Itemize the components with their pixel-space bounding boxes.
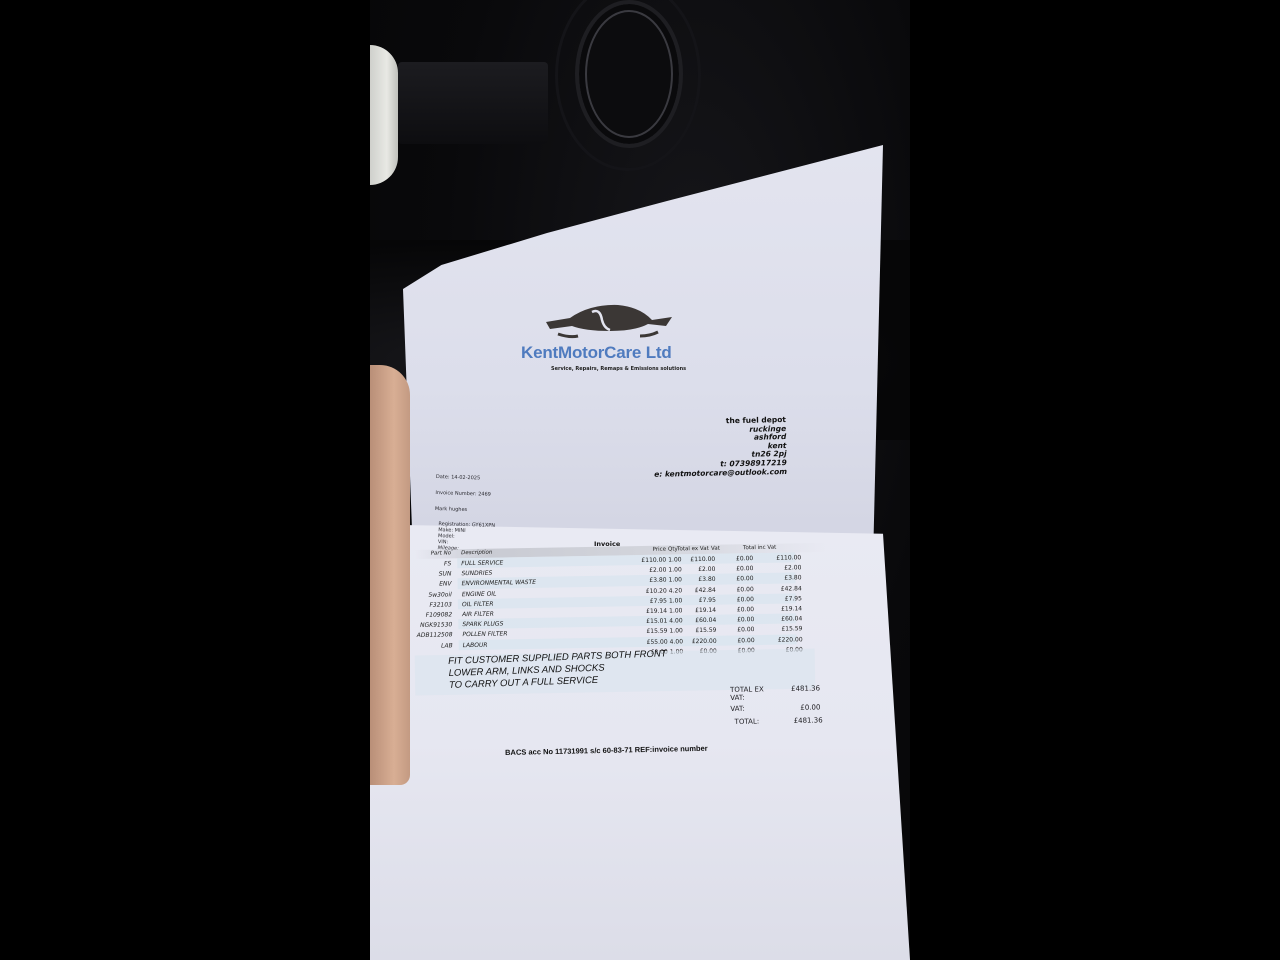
cell-price: £10.20	[639, 587, 667, 594]
cell-qty: 1.00	[668, 567, 681, 574]
cell-price: £2.00	[638, 567, 666, 574]
cell-qty: 1.00	[669, 597, 682, 604]
cell-vat: £0.00	[732, 596, 754, 603]
col-price: Price	[638, 547, 666, 553]
cell-total-inc-vat: £19.14	[772, 605, 802, 613]
air-vent	[575, 0, 683, 148]
cell-qty: 1.00	[669, 628, 682, 635]
cell-price: £110.00	[638, 557, 666, 564]
col-part-no: Part No	[415, 550, 451, 557]
cell-description: LABOUR	[463, 641, 488, 648]
grand-total-row: TOTAL: £481.36	[731, 716, 821, 731]
cell-qty: 1.00	[669, 607, 682, 614]
total-ex-vat-row: TOTAL EX VAT: £481.36	[730, 684, 820, 705]
cell-total-ex-vat: £7.95	[688, 597, 716, 604]
cell-price: £15.01	[639, 618, 667, 625]
invoice-meta: Date: 14-02-2025 Invoice Number: 2469 Ma…	[434, 474, 497, 553]
cell-total-ex-vat: £110.00	[687, 556, 715, 563]
cell-part-no: FS	[415, 560, 451, 568]
cell-description: OIL FILTER	[462, 600, 494, 608]
cell-price: £7.95	[639, 597, 667, 604]
cell-part-no: ENV	[416, 581, 452, 589]
cell-qty: 4.20	[669, 587, 682, 594]
vat-label: VAT:	[730, 705, 745, 713]
cell-total-inc-vat: £3.80	[771, 575, 801, 583]
cell-total-ex-vat: £220.00	[689, 637, 717, 644]
cell-vat: £0.00	[732, 616, 754, 623]
cell-part-no: F109082	[416, 611, 452, 619]
invoice-totals: TOTAL EX VAT: £481.36 VAT: £0.00 TOTAL: …	[730, 684, 821, 731]
vat-value: £0.00	[800, 703, 820, 711]
table-body: FSFULL SERVICE£110.001.00£110.00£0.00£11…	[415, 552, 827, 661]
cell-qty: 1.00	[668, 556, 681, 563]
cell-vat: £0.00	[731, 555, 753, 562]
cell-total-inc-vat: £110.00	[771, 554, 801, 562]
customer-name: Mark hughes	[435, 506, 496, 514]
company-address: the fuel depot ruckinge ashford kent tn2…	[653, 416, 787, 479]
col-total-ex-vat: Total ex Vat	[677, 546, 709, 553]
cell-qty: 4.00	[669, 617, 682, 624]
grand-total-label: TOTAL:	[735, 717, 760, 725]
cell-vat: £0.00	[732, 626, 754, 633]
dashboard-trim	[398, 62, 548, 144]
cell-price: £3.80	[639, 577, 667, 584]
work-note: FIT CUSTOMER SUPPLIED PARTS BOTH FRONT L…	[448, 648, 668, 692]
cell-total-ex-vat: £60.04	[688, 617, 716, 624]
cell-total-inc-vat: £15.59	[772, 626, 802, 634]
cell-part-no: F32103	[416, 601, 452, 609]
grand-total-value: £481.36	[794, 716, 823, 725]
cell-description: ENVIRONMENTAL WASTE	[462, 579, 537, 587]
col-description: Description	[461, 550, 492, 557]
cell-description: SPARK PLUGS	[462, 621, 503, 629]
cell-description: FULL SERVICE	[461, 559, 503, 567]
gear-knob	[370, 45, 398, 185]
cell-vat: £0.00	[733, 637, 755, 644]
cell-price: £19.14	[639, 608, 667, 615]
cell-vat: £0.00	[732, 586, 754, 593]
cell-part-no: 5w30oil	[416, 591, 452, 599]
company-name: KentMotorCare Ltd	[521, 343, 672, 363]
cell-vat: £0.00	[731, 575, 753, 582]
total-ex-vat-label: TOTAL EX VAT:	[730, 685, 764, 702]
cell-total-inc-vat: £2.00	[771, 564, 801, 572]
cell-price: £55.00	[640, 638, 668, 645]
cell-total-inc-vat: £220.00	[773, 636, 803, 644]
cell-qty: 1.00	[669, 577, 682, 584]
company-tagline: Service, Repairs, Remaps & Emissions sol…	[551, 366, 686, 372]
cell-price: £15.59	[639, 628, 667, 635]
cell-total-ex-vat: £2.00	[687, 566, 715, 573]
invoice-date: Date: 14-02-2025	[436, 474, 497, 482]
cell-description: AIR FILTER	[462, 611, 494, 619]
cell-part-no: SUN	[415, 571, 451, 579]
cell-total-inc-vat: £60.04	[772, 615, 802, 623]
cell-vat: £0.00	[731, 565, 753, 572]
cell-part-no: LAB	[417, 642, 453, 650]
col-total-inc-vat: Total inc Vat	[743, 545, 776, 552]
cell-qty: 4.00	[670, 638, 683, 645]
total-ex-vat-value: £481.36	[791, 684, 820, 693]
cell-total-ex-vat: £42.84	[688, 586, 716, 593]
col-vat: Vat	[711, 546, 720, 552]
cell-description: SUNDRIES	[461, 570, 492, 578]
cell-part-no: ADB112508	[416, 632, 452, 640]
cell-total-ex-vat: £15.59	[688, 627, 716, 634]
sports-car-silhouette-icon	[540, 300, 675, 345]
cell-total-ex-vat: £3.80	[688, 576, 716, 583]
cell-description: ENGINE OIL	[462, 590, 497, 598]
invoice-number: Invoice Number: 2469	[435, 490, 496, 498]
cell-total-ex-vat: £19.14	[688, 607, 716, 614]
cell-total-inc-vat: £7.95	[772, 595, 802, 603]
invoice-table: Part No Description Price Qty Total ex V…	[415, 543, 827, 661]
holding-hand	[370, 365, 410, 785]
cell-part-no	[417, 652, 453, 653]
cell-vat: £0.00	[732, 606, 754, 613]
cell-description: POLLEN FILTER	[462, 631, 507, 639]
cell-part-no: NGK91530	[416, 621, 452, 629]
cell-total-inc-vat: £42.84	[772, 585, 802, 593]
